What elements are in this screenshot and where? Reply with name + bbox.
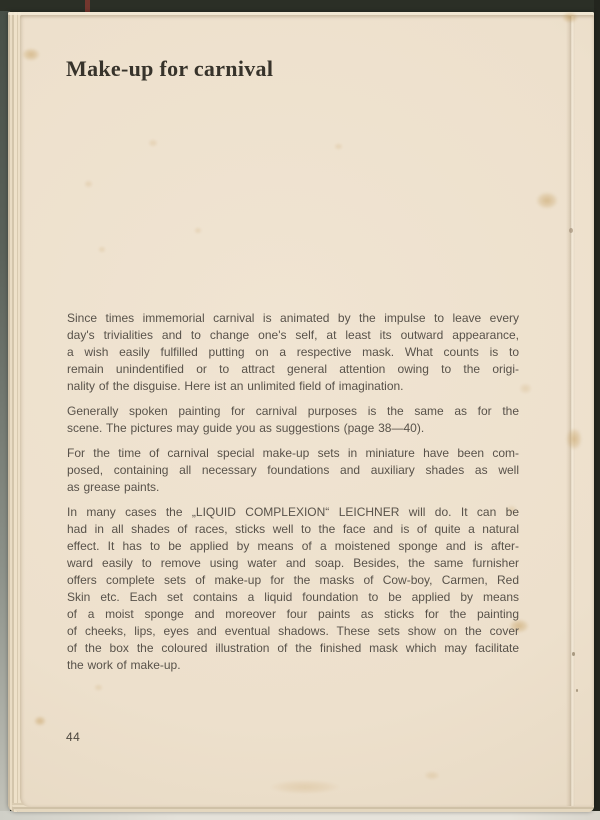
paper-stain bbox=[424, 771, 440, 780]
paper-stain bbox=[566, 428, 582, 450]
text-line: of cheeks, lips, eyes and eventual shado… bbox=[67, 623, 519, 640]
paper-stain bbox=[148, 139, 158, 147]
paper-speck bbox=[572, 652, 575, 656]
paper-stain bbox=[194, 227, 202, 234]
paragraph: In many cases the „LIQUID COMPLEXION“ LE… bbox=[67, 504, 519, 674]
paragraph: Generally spoken painting for carnival p… bbox=[67, 403, 519, 437]
body-text: Since times immemorial carnival is anima… bbox=[67, 310, 519, 682]
page-title: Make-up for carnival bbox=[66, 56, 273, 82]
paragraph: Since times immemorial carnival is anima… bbox=[67, 310, 519, 395]
text-line: nality of the disguise. Here ist an unli… bbox=[67, 378, 519, 395]
text-line: remain unindentified or to attract gener… bbox=[67, 361, 519, 378]
text-line: the work of make-up. bbox=[67, 657, 519, 674]
crease-line bbox=[566, 16, 575, 806]
text-line: of the box the coloured illustration of … bbox=[67, 640, 519, 657]
text-line: offers complete sets of make-up for the … bbox=[67, 572, 519, 589]
text-line: ward easily to remove using water and so… bbox=[67, 555, 519, 572]
scanned-book-photo: { "page": { "title": "Make-up for carniv… bbox=[0, 0, 600, 820]
text-line: had in all shades of races, sticks well … bbox=[67, 521, 519, 538]
text-line: a wish easily fulfilled putting on a res… bbox=[67, 344, 519, 361]
text-line: For the time of carnival special make-up… bbox=[67, 445, 519, 462]
paper-speck bbox=[569, 228, 573, 233]
paper-speck bbox=[576, 689, 578, 692]
text-line: day's trivialities and to change one's s… bbox=[67, 327, 519, 344]
text-line: as grease paints. bbox=[67, 479, 519, 496]
paper-stain bbox=[94, 684, 103, 691]
text-line: Generally spoken painting for carnival p… bbox=[67, 403, 519, 420]
paper-stain bbox=[22, 48, 40, 61]
text-line: of a moist sponge and moreover four pain… bbox=[67, 606, 519, 623]
paper-stain bbox=[84, 180, 93, 188]
text-line: In many cases the „LIQUID COMPLEXION“ LE… bbox=[67, 504, 519, 521]
photo-background-right bbox=[594, 0, 600, 812]
text-line: scene. The pictures may guide you as sug… bbox=[67, 420, 519, 437]
bookmark-ribbon bbox=[85, 0, 90, 12]
paper-stain bbox=[334, 143, 343, 150]
photo-background-bottom bbox=[0, 811, 600, 820]
paper-stain bbox=[519, 383, 532, 394]
page-number: 44 bbox=[66, 730, 80, 744]
paper-stain bbox=[562, 12, 578, 23]
text-line: effect. It has to be applied by means of… bbox=[67, 538, 519, 555]
paragraph: For the time of carnival special make-up… bbox=[67, 445, 519, 496]
paper-stain bbox=[98, 246, 106, 253]
text-line: Since times immemorial carnival is anima… bbox=[67, 310, 519, 327]
paper-stain bbox=[536, 192, 558, 209]
text-line: Skin etc. Each set contains a liquid fou… bbox=[67, 589, 519, 606]
paper-stain bbox=[270, 780, 340, 794]
text-line: posed, containing all necessary foundati… bbox=[67, 462, 519, 479]
paper-stain bbox=[34, 716, 46, 726]
